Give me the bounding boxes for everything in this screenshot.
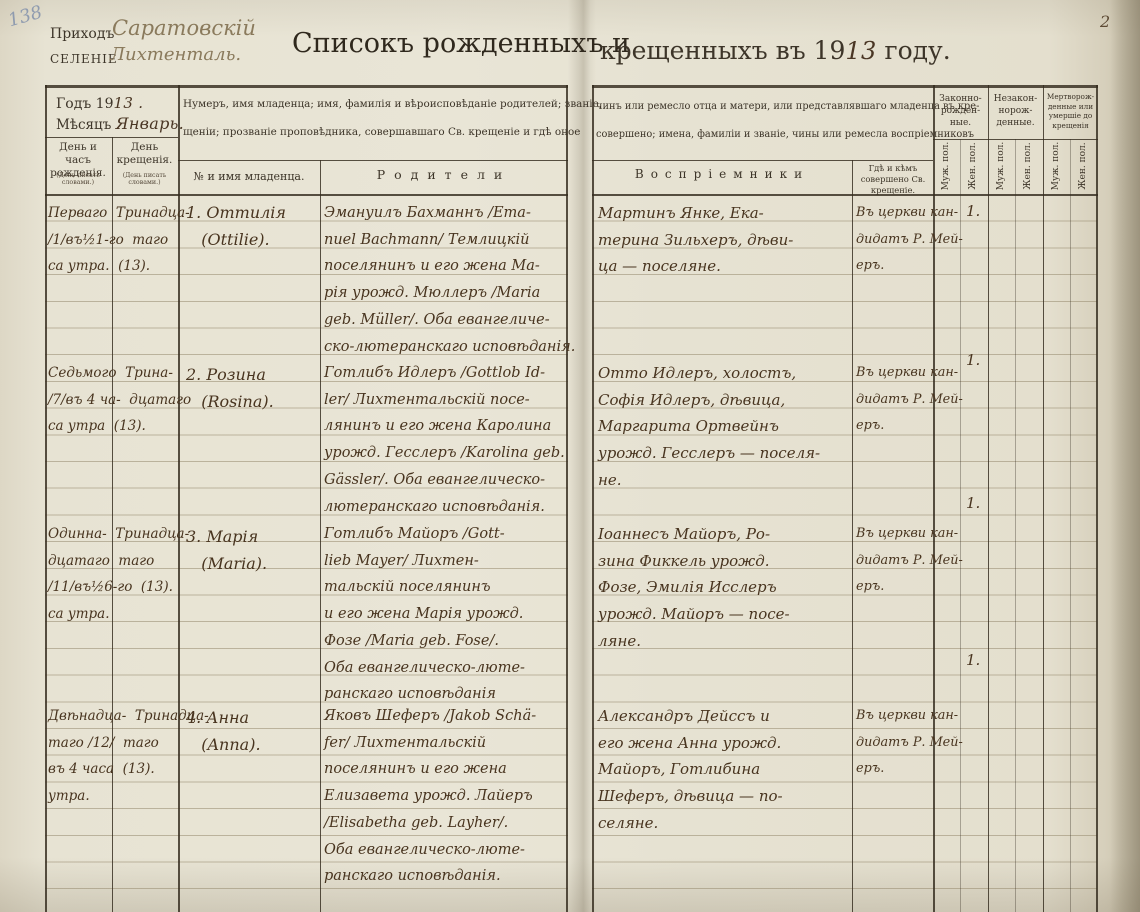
grid-line [592, 85, 1098, 88]
parents: Эмануилъ Бахманнъ /Ema- nuel Bachmann/ Т… [324, 200, 566, 360]
birth-baptism-date: Седьмого Трина- /7/въ 4 ча- дцатаго са у… [48, 360, 183, 440]
child-name: 2. Розина (Rosina). [186, 362, 316, 415]
grid-line [45, 85, 568, 88]
birth-day-column-note: (День писать словами.) [46, 172, 110, 186]
godparents: Мартинъ Янке, Ека- терина Зильхеръ, дѣви… [598, 200, 854, 280]
grid-line [592, 194, 1098, 196]
godparents: Іоаннесъ Майоръ, Ро- зина Фиккель урожд.… [598, 521, 854, 655]
right-span-header-line1: чинъ или ремесло отца и матери, или пред… [596, 101, 930, 112]
grid-line [1070, 139, 1071, 912]
grid-line [988, 85, 989, 912]
scan-right-edge [1110, 0, 1140, 912]
tally-legitimate-female: 1. [966, 347, 980, 374]
title-right-suffix: году. [884, 36, 950, 65]
page-number: 2 [1100, 12, 1110, 31]
year-handwritten: 13 . [114, 94, 144, 112]
register-scan: 138 2 Приходъ Саратовскій СЕЛЕНІЕ Лихтен… [0, 0, 1140, 912]
tally-subcol-male: Муж. пол. [996, 139, 1008, 193]
godparents: Александръ Дейссъ и его жена Анна урожд.… [598, 703, 854, 837]
register-title-right: крещенныхъ въ 1913 году. [600, 36, 951, 65]
baptism-day-column-note: (День писать словами.) [113, 172, 176, 186]
right-span-header-line2: совершено; имена, фамиліи и званіе, чины… [596, 129, 930, 140]
godparents: Отто Идлеръ, холостъ, Софія Идлеръ, дѣви… [598, 360, 854, 494]
year-label: Годъ 19 [56, 96, 114, 112]
grid-line [45, 194, 568, 196]
grid-line [320, 160, 321, 912]
birth-baptism-date: Двѣнадца- Тринадца- таго /12/ таго въ 4 … [48, 703, 183, 810]
birth-baptism-date: Одинна- Тринадца- дцатаго таго /11/въ½6-… [48, 521, 183, 628]
parents-column-header: Родители [321, 167, 567, 182]
title-right-prefix: крещенныхъ въ 19 [600, 36, 845, 65]
village-label: СЕЛЕНІЕ [50, 52, 118, 66]
month-label: Мѣсяцъ [56, 117, 111, 133]
parish-value: Саратовскій [112, 16, 256, 40]
baptism-place: Въ церкви кан- дидатъ Р. Мей- еръ. [856, 703, 938, 783]
tally-legitimate-female: 1. [966, 198, 980, 225]
baptism-place-column-header: Гдѣ и кѣмъ совершено Св. крещеніе. [853, 163, 933, 196]
village-value: Лихтенталь. [110, 44, 241, 65]
left-span-header-line1: Нумеръ, имя младенца; имя, фамилія и вѣр… [183, 98, 565, 110]
month-handwritten: Январь. [116, 114, 184, 133]
tally-legitimate-female: 1. [966, 490, 980, 517]
parents: Готлибъ Идлеръ /Gottlob Id- ler/ Лихтент… [324, 360, 566, 520]
month-row: Мѣсяцъ Январь. [56, 114, 184, 133]
godparents-column-header: Воспріемники [593, 167, 851, 181]
tally-subcol-male: Муж. пол. [941, 139, 953, 193]
tally-subcol-female: Жен. пол. [1078, 139, 1090, 193]
parents: Готлибъ Майоръ /Gott- lieb Mayer/ Лихтен… [324, 521, 566, 708]
tally-group-legitimate: Законно- рожден- ные. [934, 93, 987, 129]
grid-line [45, 85, 47, 912]
child-name: 1. Оттилія (Ottilie). [186, 200, 316, 253]
title-year-handwritten: 13 [845, 37, 876, 65]
grid-line [592, 85, 594, 912]
baptism-place: Въ церкви кан- дидатъ Р. Мей- еръ. [856, 521, 938, 601]
grid-line [960, 139, 961, 912]
number-name-column-header: № и имя младенца. [179, 170, 319, 183]
baptism-place: Въ церкви кан- дидатъ Р. Мей- еръ. [856, 200, 938, 280]
tally-subcol-female: Жен. пол. [1023, 139, 1035, 193]
tally-subcol-male: Муж. пол. [1051, 139, 1063, 193]
child-name: 3. Марія (Maria). [186, 524, 316, 577]
child-name: 4. Анна (Anna). [186, 705, 316, 758]
tally-group-stillborn: Мертворож- денные или умершіе до крещені… [1044, 92, 1097, 130]
left-span-header-line2: щеніи; прозваніе проповѣдника, совершавш… [183, 126, 565, 138]
baptism-day-column-header: День крещенія. [113, 141, 176, 167]
tally-group-illegitimate: Незакон- норож- денные. [989, 93, 1042, 129]
birth-baptism-date: Перваго Тринадца- /1/въ½1-го таго са утр… [48, 200, 183, 280]
parents: Яковъ Шеферъ /Jakob Schä- fer/ Лихтентал… [324, 703, 566, 890]
baptism-place: Въ церкви кан- дидатъ Р. Мей- еръ. [856, 360, 938, 440]
grid-line [178, 160, 568, 161]
tally-subcol-female: Жен. пол. [968, 139, 980, 193]
year-row: Годъ 1913 . [56, 94, 143, 112]
tally-legitimate-female: 1. [966, 647, 980, 674]
grid-line [1043, 85, 1044, 912]
register-title-left: Списокъ рожденныхъ и [292, 28, 630, 59]
parish-label: Приходъ [50, 26, 114, 42]
grid-line [1015, 139, 1016, 912]
grid-line [592, 160, 933, 161]
grid-line [566, 85, 568, 912]
grid-line [1096, 85, 1098, 912]
